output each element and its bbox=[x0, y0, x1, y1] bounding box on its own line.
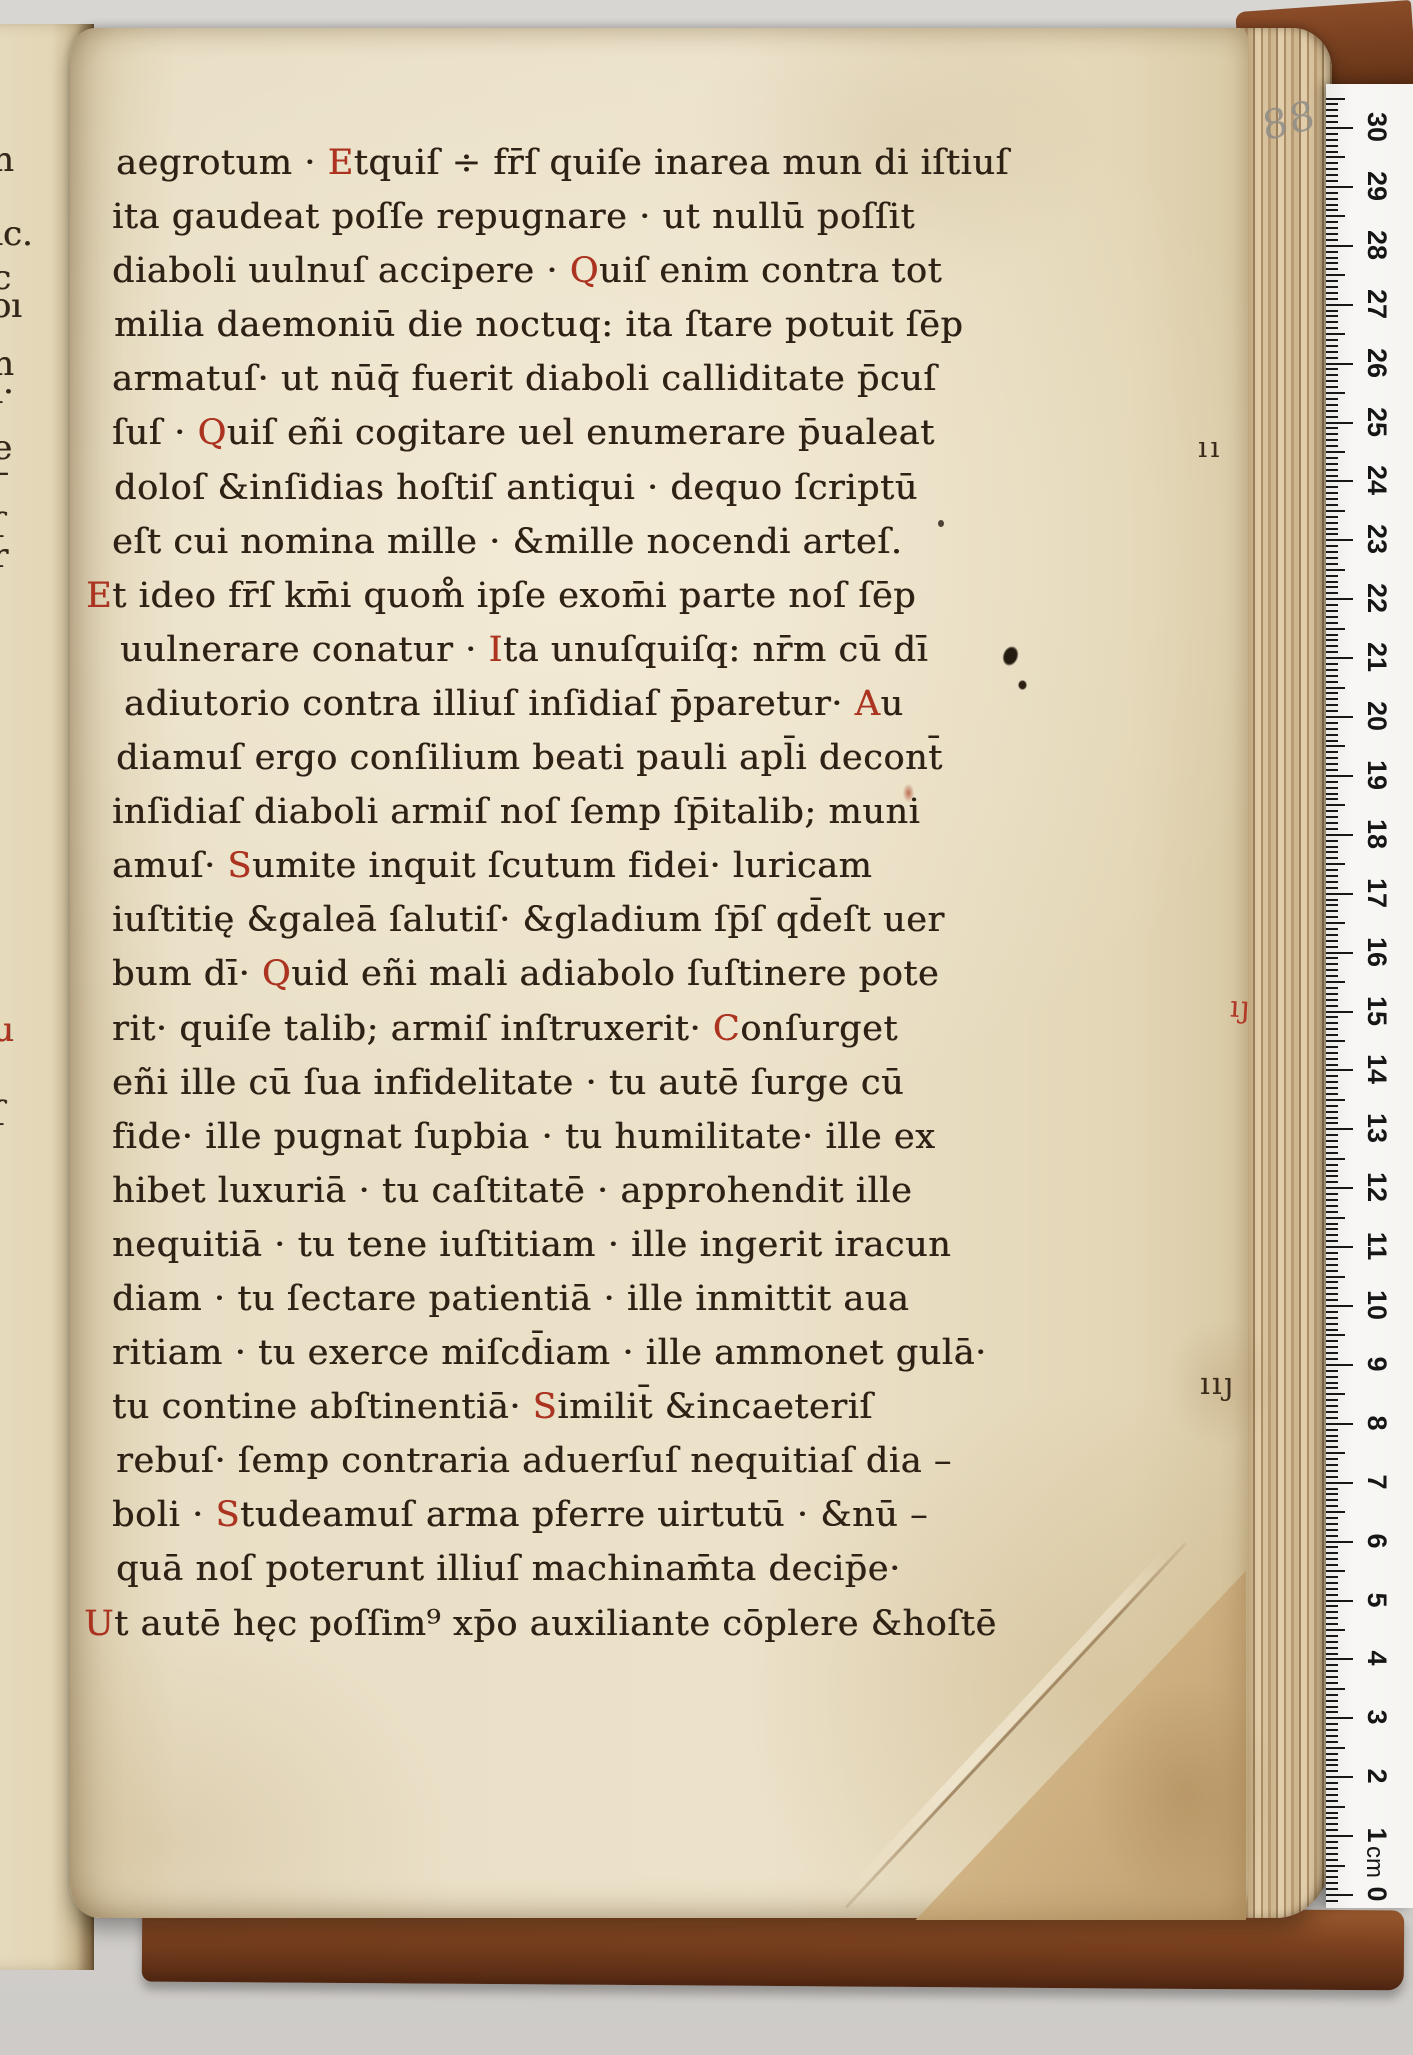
ruler-tick bbox=[1326, 987, 1338, 989]
ruler-tick bbox=[1326, 1270, 1338, 1272]
facing-page-letter-fragment: ıc. bbox=[0, 214, 33, 254]
ruler-tick bbox=[1326, 745, 1345, 747]
ruler-tick bbox=[1326, 1600, 1353, 1602]
ruler-tick bbox=[1326, 1470, 1338, 1472]
manuscript-line: eſt cui nomina mille · &mille nocendi ar… bbox=[112, 515, 1122, 569]
ruler-tick bbox=[1326, 1064, 1338, 1066]
ruler-tick bbox=[1326, 274, 1345, 276]
line-text: fide· ille pugnat ſupbia · tu humilitate… bbox=[112, 1117, 935, 1157]
ruler-tick bbox=[1326, 1393, 1345, 1395]
ruler-tick bbox=[1326, 687, 1345, 689]
ruler-tick bbox=[1326, 1223, 1338, 1225]
ruler-tick bbox=[1326, 516, 1338, 518]
ruler-tick bbox=[1326, 592, 1338, 594]
ruler-tick bbox=[1326, 1853, 1338, 1855]
page-edge-stack bbox=[1240, 28, 1332, 1918]
manuscript-line: tu contine abſtinentiā· Similit̄ &incaet… bbox=[112, 1380, 1122, 1434]
ruler-number: 29 bbox=[1362, 169, 1392, 203]
ruler-tick bbox=[1326, 457, 1338, 459]
ruler-number: 8 bbox=[1362, 1406, 1392, 1440]
ruler-tick bbox=[1326, 1423, 1353, 1425]
rubric-initial: S bbox=[227, 846, 252, 886]
ruler-tick bbox=[1326, 1452, 1345, 1454]
ruler-number: 20 bbox=[1362, 699, 1392, 733]
line-text: quā noſ poterunt illiuſ machinam̄ta deci… bbox=[116, 1549, 901, 1589]
line-text: boli · bbox=[112, 1495, 215, 1535]
ruler-tick bbox=[1326, 410, 1338, 412]
facing-page-letter-fragment: ſ bbox=[0, 1094, 5, 1134]
ruler-tick bbox=[1326, 1658, 1353, 1660]
ruler-tick bbox=[1326, 734, 1338, 736]
manuscript-line: iuſtitię &galeā ſalutiſ· &gladium ſp̄ſ q… bbox=[112, 893, 1122, 947]
ruler-tick bbox=[1326, 793, 1338, 795]
ruler-tick bbox=[1326, 846, 1338, 848]
ruler-tick bbox=[1326, 1794, 1338, 1796]
ruler-tick bbox=[1326, 639, 1338, 641]
line-text: amuſ· bbox=[112, 846, 227, 886]
manuscript-line: boli · Studeamuſ arma pferre uirtutū · &… bbox=[112, 1488, 1122, 1542]
ruler-tick bbox=[1326, 1075, 1338, 1077]
ruler-number: 10 bbox=[1362, 1288, 1392, 1322]
ruler-tick bbox=[1326, 663, 1338, 665]
ruler-tick bbox=[1326, 1464, 1338, 1466]
line-text: tquiſ ÷ fr̄ſ quiſe inarea mun di iſtiuſ bbox=[354, 143, 1009, 183]
ruler-tick bbox=[1326, 881, 1338, 883]
ruler-tick bbox=[1326, 1240, 1338, 1242]
ruler-tick bbox=[1326, 1187, 1353, 1189]
ruler-tick bbox=[1326, 857, 1338, 859]
ruler-tick bbox=[1326, 1576, 1338, 1578]
manuscript-line: quā noſ poterunt illiuſ machinam̄ta deci… bbox=[116, 1542, 1122, 1596]
ruler-tick bbox=[1326, 1558, 1338, 1560]
ruler-tick bbox=[1326, 922, 1345, 924]
ruler-tick bbox=[1326, 1334, 1345, 1336]
ruler-tick bbox=[1326, 692, 1338, 694]
line-text: ſuſ · bbox=[112, 413, 197, 453]
ruler-tick bbox=[1326, 1376, 1338, 1378]
line-text: eñi ille cū ſua infidelitate · tu autē ſ… bbox=[112, 1063, 904, 1103]
ruler-tick bbox=[1326, 1140, 1338, 1142]
ruler-tick bbox=[1326, 262, 1338, 264]
ruler-tick bbox=[1326, 781, 1338, 783]
ruler-tick bbox=[1326, 1493, 1338, 1495]
ruler-tick bbox=[1326, 551, 1338, 553]
ruler-tick bbox=[1326, 1653, 1338, 1655]
ruler-tick bbox=[1326, 1635, 1338, 1637]
ruler-tick bbox=[1326, 109, 1338, 111]
ruler-tick bbox=[1326, 1823, 1338, 1825]
ruler-number: 26 bbox=[1362, 346, 1392, 380]
ruler-tick bbox=[1326, 816, 1338, 818]
rubric-initial: A bbox=[855, 684, 881, 724]
ruler-tick bbox=[1326, 1276, 1345, 1278]
ruler-tick bbox=[1326, 133, 1338, 135]
ruler-tick bbox=[1326, 103, 1338, 105]
ruler-tick bbox=[1326, 392, 1345, 394]
ruler-tick bbox=[1326, 127, 1353, 129]
ruler-tick bbox=[1326, 1317, 1338, 1319]
facing-page-letter-fragment: n bbox=[0, 140, 14, 180]
ruler-tick bbox=[1326, 416, 1338, 418]
ruler-tick bbox=[1326, 1034, 1338, 1036]
ruler-tick bbox=[1326, 934, 1338, 936]
ruler-tick bbox=[1326, 251, 1338, 253]
ruler-tick bbox=[1326, 204, 1338, 206]
ruler-tick bbox=[1326, 1770, 1338, 1772]
ruler-tick bbox=[1326, 180, 1338, 182]
ruler-tick bbox=[1326, 1287, 1338, 1289]
rubric-initial: S bbox=[533, 1387, 558, 1427]
ruler-tick bbox=[1326, 345, 1338, 347]
ruler-tick bbox=[1326, 1788, 1338, 1790]
ruler-number: 25 bbox=[1362, 405, 1392, 439]
ruler-tick bbox=[1326, 1364, 1353, 1366]
ruler-tick bbox=[1326, 993, 1338, 995]
ruler-tick bbox=[1326, 1170, 1338, 1172]
ruler-tick bbox=[1326, 168, 1338, 170]
photo-stage: nıc.cɔını·e–ſruſ 88 ıı ıȷ ııȷ aegrotum ·… bbox=[0, 0, 1413, 2055]
ruler-tick bbox=[1326, 575, 1338, 577]
ruler-tick bbox=[1326, 174, 1338, 176]
ruler-tick bbox=[1326, 1028, 1338, 1030]
ruler-number: 18 bbox=[1362, 817, 1392, 851]
ruler-tick bbox=[1326, 463, 1338, 465]
ruler-tick bbox=[1326, 893, 1353, 895]
rubric-initial: U bbox=[84, 1604, 114, 1644]
ruler-tick bbox=[1326, 610, 1338, 612]
ruler-tick bbox=[1326, 510, 1345, 512]
ruler-tick bbox=[1326, 1835, 1353, 1837]
ruler-tick bbox=[1326, 740, 1338, 742]
ruler-tick bbox=[1326, 1570, 1345, 1572]
ruler-tick bbox=[1326, 327, 1338, 329]
ruler-tick bbox=[1326, 1882, 1338, 1884]
ruler-tick bbox=[1326, 498, 1338, 500]
ruler-tick bbox=[1326, 634, 1338, 636]
ruler-number: 0 bbox=[1362, 1877, 1392, 1911]
manuscript-line: inſidiaſ diaboli armiſ noſ ſemp ſp̄itali… bbox=[112, 785, 1122, 839]
manuscript-line: Ut autē hęc poſſim⁹ xp̄o auxiliante cōpl… bbox=[84, 1597, 1122, 1651]
ruler-tick bbox=[1326, 810, 1338, 812]
ruler-tick bbox=[1326, 1859, 1338, 1861]
ruler-unit-label: cm bbox=[1359, 1845, 1389, 1879]
ruler-tick bbox=[1326, 775, 1353, 777]
line-text: diam · tu ſectare patientiā · ille inmit… bbox=[112, 1279, 909, 1319]
ruler-tick bbox=[1326, 492, 1338, 494]
ruler-tick bbox=[1326, 804, 1345, 806]
line-text: tu contine abſtinentiā· bbox=[112, 1387, 533, 1427]
ruler-number: 4 bbox=[1362, 1641, 1392, 1675]
ruler-tick bbox=[1326, 162, 1338, 164]
ruler-tick bbox=[1326, 1040, 1345, 1042]
margin-numeral-ij-red: ıȷ bbox=[1229, 989, 1252, 1025]
ruler-tick bbox=[1326, 1900, 1338, 1902]
ruler-tick bbox=[1326, 351, 1338, 353]
line-text: uiſ enim contra tot bbox=[599, 251, 942, 291]
rubric-initial: E bbox=[328, 143, 354, 183]
ruler-tick bbox=[1326, 887, 1338, 889]
ruler-tick bbox=[1326, 1387, 1338, 1389]
ruler-tick bbox=[1326, 1700, 1338, 1702]
ruler-tick bbox=[1326, 422, 1353, 424]
rubric-initial: I bbox=[489, 630, 503, 670]
manuscript-line: rit· quiſe talib; armiſ inſtruxerit· Con… bbox=[112, 1002, 1122, 1056]
manuscript-line: adiutorio contra illiuſ inſidiaſ p̄paret… bbox=[124, 677, 1122, 731]
ruler-tick bbox=[1326, 386, 1338, 388]
ruler-tick bbox=[1326, 1611, 1338, 1613]
ruler-tick bbox=[1326, 1629, 1345, 1631]
ruler: 0123456789101112131415161718192021222324… bbox=[1326, 84, 1413, 1908]
ruler-tick bbox=[1326, 192, 1338, 194]
ruler-number: 14 bbox=[1362, 1052, 1392, 1086]
ruler-tick bbox=[1326, 928, 1338, 930]
manuscript-line: hibet luxuriā · tu caſtitatē · approhend… bbox=[112, 1164, 1122, 1218]
ruler-tick bbox=[1326, 1340, 1338, 1342]
ruler-tick bbox=[1326, 1264, 1338, 1266]
ruler-number: 21 bbox=[1362, 640, 1392, 674]
ruler-tick bbox=[1326, 834, 1353, 836]
ruler-tick bbox=[1326, 368, 1338, 370]
ruler-tick bbox=[1326, 469, 1338, 471]
ruler-tick bbox=[1326, 946, 1338, 948]
ruler-tick bbox=[1326, 751, 1338, 753]
rubric-initial: C bbox=[713, 1009, 740, 1049]
manuscript-line: aegrotum · Etquiſ ÷ fr̄ſ quiſe inarea mu… bbox=[116, 136, 1122, 190]
ruler-tick bbox=[1326, 569, 1345, 571]
ruler-tick bbox=[1326, 698, 1338, 700]
ruler-tick bbox=[1326, 1617, 1338, 1619]
ruler-tick bbox=[1326, 1782, 1338, 1784]
margin-numeral-ii: ıı bbox=[1198, 430, 1223, 464]
manuscript-text-block: aegrotum · Etquiſ ÷ fr̄ſ quiſe inarea mu… bbox=[112, 136, 1122, 1651]
ruler-tick bbox=[1326, 268, 1338, 270]
manuscript-line: Et ideo fr̄ſ km̄i quom̊ ipſe exom̄i part… bbox=[86, 569, 1122, 623]
ruler-tick bbox=[1326, 1158, 1345, 1160]
ruler-tick bbox=[1326, 1688, 1345, 1690]
ruler-tick bbox=[1326, 1546, 1338, 1548]
ruler-tick bbox=[1326, 528, 1338, 530]
ruler-tick bbox=[1326, 963, 1338, 965]
ruler-tick bbox=[1326, 645, 1338, 647]
line-text: u bbox=[881, 684, 904, 724]
ruler-tick bbox=[1326, 940, 1338, 942]
ruler-tick bbox=[1326, 1370, 1338, 1372]
facing-page-letter-fragment: u bbox=[0, 1010, 14, 1050]
ruler-tick bbox=[1326, 869, 1338, 871]
manuscript-line: fide· ille pugnat ſupbia · tu humilitate… bbox=[112, 1110, 1122, 1164]
ruler-tick bbox=[1326, 716, 1353, 718]
ruler-tick bbox=[1326, 1841, 1338, 1843]
manuscript-line: nequitiā · tu tene iuſtitiam · ille inge… bbox=[112, 1218, 1122, 1272]
ruler-tick bbox=[1326, 1058, 1338, 1060]
facing-page-letter-fragment: ɔı bbox=[0, 286, 22, 326]
ruler-tick bbox=[1326, 1588, 1338, 1590]
ruler-tick bbox=[1326, 875, 1338, 877]
ruler-tick bbox=[1326, 1476, 1338, 1478]
line-text: doloſ &inſidias hoſtiſ antiqui · dequo ſ… bbox=[114, 468, 918, 508]
ruler-tick bbox=[1326, 1352, 1338, 1354]
ruler-tick bbox=[1326, 1358, 1338, 1360]
ruler-tick bbox=[1326, 115, 1338, 117]
ruler-tick bbox=[1326, 616, 1338, 618]
ruler-tick bbox=[1326, 1723, 1338, 1725]
ruler-tick bbox=[1326, 1664, 1338, 1666]
ruler-tick bbox=[1326, 1411, 1338, 1413]
ruler-tick bbox=[1326, 863, 1345, 865]
ruler-tick bbox=[1326, 1741, 1338, 1743]
ruler-tick bbox=[1326, 280, 1338, 282]
ruler-tick bbox=[1326, 722, 1338, 724]
ruler-tick bbox=[1326, 475, 1338, 477]
line-text: t autē hęc poſſim⁹ xp̄o auxiliante cōple… bbox=[114, 1604, 997, 1644]
ruler-tick bbox=[1326, 851, 1338, 853]
ruler-tick bbox=[1326, 292, 1338, 294]
facing-page-letter-fragment: – bbox=[0, 452, 9, 492]
ruler-tick bbox=[1326, 1046, 1338, 1048]
ruler-tick bbox=[1326, 916, 1338, 918]
ruler-tick bbox=[1326, 215, 1345, 217]
ruler-tick bbox=[1326, 1199, 1338, 1201]
ruler-number: 11 bbox=[1362, 1229, 1392, 1263]
ruler-tick bbox=[1326, 628, 1345, 630]
ruler-tick bbox=[1326, 1711, 1338, 1713]
line-text: aegrotum · bbox=[116, 143, 328, 183]
ruler-tick bbox=[1326, 315, 1338, 317]
ruler-tick bbox=[1326, 1747, 1345, 1749]
ruler-tick bbox=[1326, 1488, 1338, 1490]
ruler-tick bbox=[1326, 374, 1338, 376]
rubric-initial: Q bbox=[570, 251, 599, 291]
ruler-tick bbox=[1326, 681, 1338, 683]
ruler-tick bbox=[1326, 1446, 1338, 1448]
ruler-tick bbox=[1326, 209, 1338, 211]
ruler-number: 2 bbox=[1362, 1759, 1392, 1793]
ruler-tick bbox=[1326, 957, 1338, 959]
ruler-tick bbox=[1326, 1541, 1353, 1543]
ruler-tick bbox=[1326, 763, 1338, 765]
manuscript-line: diaboli uulnuſ accipere · Quiſ enim cont… bbox=[112, 244, 1122, 298]
manuscript-line: armatuſ· ut nūq̄ fuerit diaboli callidit… bbox=[112, 352, 1122, 406]
line-text: adiutorio contra illiuſ inſidiaſ p̄paret… bbox=[124, 684, 855, 724]
ruler-tick bbox=[1326, 1535, 1338, 1537]
ruler-tick bbox=[1326, 1847, 1338, 1849]
manuscript-line: ita gaudeat poſſe repugnare · ut nullū p… bbox=[112, 190, 1122, 244]
line-text: nequitiā · tu tene iuſtitiam · ille inge… bbox=[112, 1225, 951, 1265]
ruler-tick bbox=[1326, 1175, 1338, 1177]
ruler-tick bbox=[1326, 1647, 1338, 1649]
ruler-tick bbox=[1326, 1323, 1338, 1325]
ruler-number: 17 bbox=[1362, 876, 1392, 910]
ruler-tick bbox=[1326, 239, 1338, 241]
ruler-tick bbox=[1326, 1087, 1338, 1089]
line-text: t ideo fr̄ſ km̄i quom̊ ipſe exom̄i parte… bbox=[112, 576, 916, 616]
ruler-tick bbox=[1326, 198, 1338, 200]
ruler-tick bbox=[1326, 798, 1338, 800]
ruler-tick bbox=[1326, 533, 1338, 535]
ruler-number: 13 bbox=[1362, 1111, 1392, 1145]
margin-numeral-iij: ııȷ bbox=[1200, 1366, 1235, 1402]
ruler-tick bbox=[1326, 1729, 1338, 1731]
ruler-tick bbox=[1326, 1293, 1338, 1295]
ruler-tick bbox=[1326, 1812, 1338, 1814]
facing-page-letter-fragment: r bbox=[0, 536, 8, 576]
ruler-tick bbox=[1326, 910, 1338, 912]
ruler-tick bbox=[1326, 899, 1338, 901]
ruler-tick bbox=[1326, 999, 1338, 1001]
ruler-tick bbox=[1326, 339, 1338, 341]
ruler-tick bbox=[1326, 1759, 1338, 1761]
ruler-tick bbox=[1326, 704, 1338, 706]
ruler-tick bbox=[1326, 581, 1338, 583]
ruler-tick bbox=[1326, 1682, 1338, 1684]
line-text: rebuſ· ſemp contraria aduerſuſ nequitiaſ… bbox=[116, 1441, 952, 1481]
ruler-tick bbox=[1326, 1117, 1338, 1119]
ruler-tick bbox=[1326, 651, 1338, 653]
ruler-tick bbox=[1326, 1228, 1338, 1230]
ruler-tick bbox=[1326, 1099, 1345, 1101]
ruler-tick bbox=[1326, 98, 1345, 100]
ruler-tick bbox=[1326, 1800, 1338, 1802]
ruler-tick bbox=[1326, 1311, 1338, 1313]
ruler-tick bbox=[1326, 1258, 1338, 1260]
manuscript-line: uulnerare conatur · Ita unuſquiſq: nr̄m … bbox=[120, 623, 1122, 677]
ruler-tick bbox=[1326, 1164, 1338, 1166]
ruler-number: 15 bbox=[1362, 994, 1392, 1028]
line-text: imilit̄ &incaeteriſ bbox=[557, 1387, 873, 1427]
ruler-tick bbox=[1326, 1181, 1338, 1183]
ruler-tick bbox=[1326, 1069, 1353, 1071]
line-text: umite inquit ſcutum fidei· luricam bbox=[252, 846, 872, 886]
ruler-tick bbox=[1326, 1122, 1338, 1124]
ruler-tick bbox=[1326, 233, 1338, 235]
ruler-tick bbox=[1326, 1594, 1338, 1596]
line-text: ta unuſquiſq: nr̄m cū dī bbox=[503, 630, 928, 670]
ruler-number: 27 bbox=[1362, 287, 1392, 321]
ruler-tick bbox=[1326, 404, 1338, 406]
ruler-tick bbox=[1326, 1346, 1338, 1348]
ruler-tick bbox=[1326, 427, 1338, 429]
manuscript-line: bum dī· Quid eñi mali adiabolo ſuſtinere… bbox=[112, 947, 1122, 1001]
ruler-tick bbox=[1326, 981, 1345, 983]
line-text: ritiam · tu exerce miſcd̄iam · ille ammo… bbox=[112, 1333, 987, 1373]
ruler-number: 23 bbox=[1362, 522, 1392, 556]
line-text: inſidiaſ diaboli armiſ noſ ſemp ſp̄itali… bbox=[112, 792, 920, 832]
ruler-tick bbox=[1326, 480, 1353, 482]
stain bbox=[1090, 1678, 1280, 1908]
ruler-number: 9 bbox=[1362, 1347, 1392, 1381]
ruler-tick bbox=[1326, 1670, 1338, 1672]
ruler-tick bbox=[1326, 1299, 1338, 1301]
ruler-tick bbox=[1326, 186, 1353, 188]
ruler-tick bbox=[1326, 439, 1338, 441]
ruler-tick bbox=[1326, 675, 1338, 677]
ruler-tick bbox=[1326, 557, 1338, 559]
line-text: uulnerare conatur · bbox=[120, 630, 489, 670]
ruler-tick bbox=[1326, 563, 1338, 565]
ruler-tick bbox=[1326, 1134, 1338, 1136]
line-text: hibet luxuriā · tu caſtitatē · approhend… bbox=[112, 1171, 912, 1211]
manuscript-page: 88 ıı ıȷ ııȷ aegrotum · Etquiſ ÷ fr̄ſ qu… bbox=[70, 28, 1332, 1918]
ruler-tick bbox=[1326, 1022, 1338, 1024]
ruler-tick bbox=[1326, 586, 1338, 588]
ruler-tick bbox=[1326, 451, 1345, 453]
ruler-tick bbox=[1326, 298, 1338, 300]
ruler-tick bbox=[1326, 1499, 1338, 1501]
ruler-tick bbox=[1326, 1052, 1338, 1054]
ruler-tick bbox=[1326, 1676, 1338, 1678]
ruler-tick bbox=[1326, 1829, 1338, 1831]
ruler-tick bbox=[1326, 1399, 1338, 1401]
